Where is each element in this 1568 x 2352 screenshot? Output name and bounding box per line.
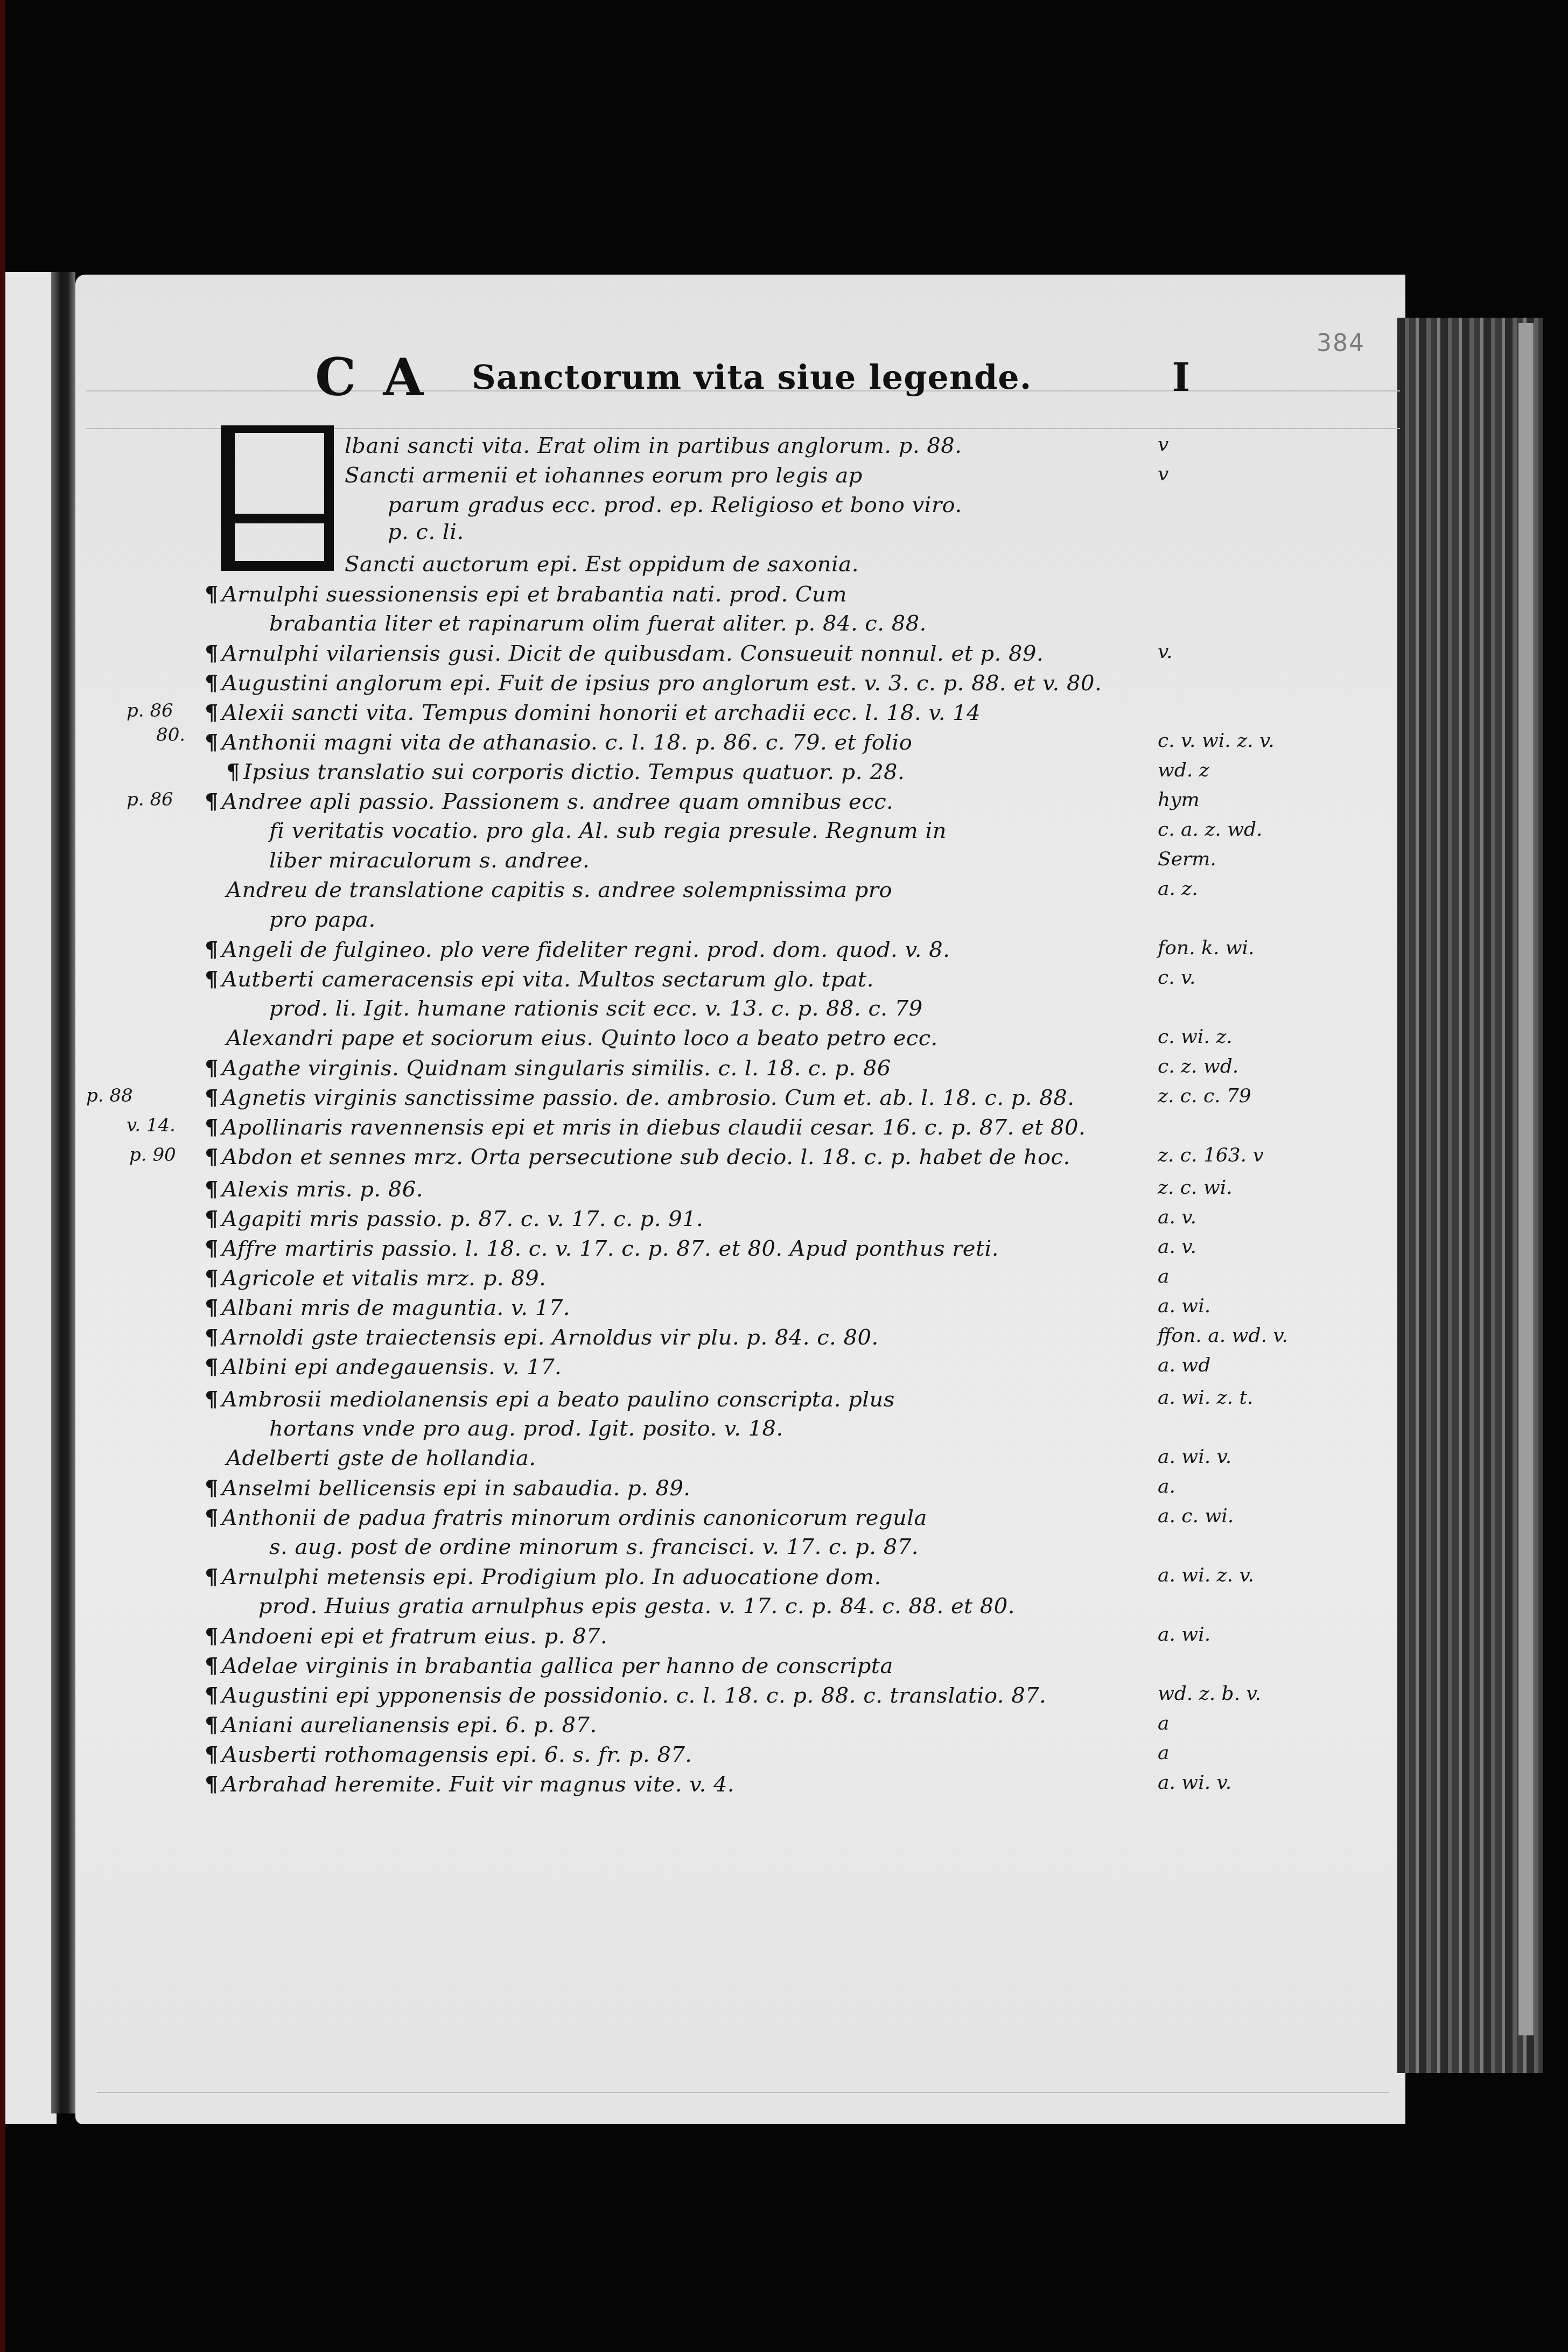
page-heading: C A Sanctorum vita siue legende. I (315, 345, 1190, 409)
index-entry: brabantia liter et rapinarum olim fuerat… (269, 611, 927, 636)
entry-text: Apollinaris ravennensis epi et mris in d… (222, 1115, 1086, 1140)
index-entry: ¶Augustini anglorum epi. Fuit de ipsius … (205, 670, 1102, 696)
ruling-line (97, 2092, 1389, 2093)
entry-text: Autberti cameracensis epi vita. Multos s… (222, 967, 874, 992)
index-entry: ¶Angeli de fulgineo. plo vere fideliter … (205, 937, 950, 962)
index-entry: ¶Albani mris de maguntia. v. 17. (205, 1295, 570, 1320)
pilcrow-icon: ¶ (205, 1772, 219, 1797)
initial-crossbar (235, 514, 324, 523)
index-entry: ¶Adelae virginis in brabantia gallica pe… (205, 1653, 893, 1678)
index-entry: ¶Andree apli passio. Passionem s. andree… (205, 789, 893, 814)
entry-text: p. c. li. (388, 520, 464, 544)
right-margin-note: v (1158, 433, 1168, 456)
entry-text: Agathe virginis. Quidnam singularis simi… (222, 1056, 891, 1081)
right-margin-note: fon. k. wi. (1158, 937, 1255, 959)
right-margin-note: a. wd (1158, 1354, 1210, 1376)
index-entry: lbani sancti vita. Erat olim in partibus… (345, 433, 962, 458)
right-margin-note: a. c. wi. (1158, 1505, 1234, 1527)
pilcrow-icon: ¶ (205, 1712, 219, 1738)
entry-text: parum gradus ecc. prod. ep. Religioso et… (388, 493, 962, 517)
decorated-initial (221, 425, 334, 571)
index-entry: ¶Anthonii magni vita de athanasio. c. l.… (205, 730, 912, 755)
index-entry: Adelberti gste de hollandia. (226, 1446, 536, 1471)
entry-text: Arnoldi gste traiectensis epi. Arnoldus … (222, 1325, 879, 1350)
pilcrow-icon: ¶ (205, 1055, 219, 1081)
index-entry: ¶Anthonii de padua fratris minorum ordin… (205, 1505, 927, 1530)
right-margin-note: a (1158, 1265, 1169, 1287)
right-margin-note: a. wi. (1158, 1295, 1210, 1317)
index-entry: ¶Alexis mris. p. 86. (205, 1177, 423, 1202)
right-margin-note: a. v. (1158, 1236, 1196, 1258)
pilcrow-icon: ¶ (205, 1295, 219, 1320)
entry-text: Ausberti rothomagensis epi. 6. s. fr. p.… (222, 1742, 692, 1767)
index-entry: ¶Abdon et sennes mrz. Orta persecutione … (205, 1144, 1070, 1170)
pilcrow-icon: ¶ (205, 1236, 219, 1261)
entry-text: Andreu de translatione capitis s. andree… (226, 878, 892, 902)
index-entry: ¶Arnulphi vilariensis gusi. Dicit de qui… (205, 641, 1044, 666)
index-entry: liber miraculorum s. andree. (269, 848, 590, 873)
index-entry: ¶Aniani aurelianensis epi. 6. p. 87. (205, 1712, 597, 1738)
pilcrow-icon: ¶ (205, 1354, 219, 1380)
pilcrow-icon: ¶ (205, 1144, 219, 1170)
binding-gutter (51, 272, 75, 2113)
entry-text: Anthonii magni vita de athanasio. c. l. … (222, 730, 913, 755)
entry-text: Alexis mris. p. 86. (222, 1177, 423, 1202)
index-entry: ¶Agnetis virginis sanctissime passio. de… (205, 1085, 1074, 1110)
entry-text: prod. li. Igit. humane rationis scit ecc… (269, 996, 923, 1021)
index-entry: ¶Agathe virginis. Quidnam singularis sim… (205, 1055, 891, 1081)
pilcrow-icon: ¶ (205, 1742, 219, 1767)
entry-text: Agricole et vitalis mrz. p. 89. (222, 1266, 546, 1291)
pilcrow-icon: ¶ (205, 700, 219, 725)
right-margin-note: hym (1158, 789, 1200, 811)
entry-text: s. aug. post de ordine minorum s. franci… (269, 1535, 919, 1559)
facing-page-edge (5, 272, 57, 2124)
entry-text: Adelae virginis in brabantia gallica per… (222, 1654, 893, 1678)
index-entry: prod. li. Igit. humane rationis scit ecc… (269, 996, 923, 1021)
right-margin-note: ffon. a. wd. v. (1158, 1325, 1288, 1347)
index-entry: ¶Arnoldi gste traiectensis epi. Arnoldus… (205, 1325, 879, 1350)
entry-text: Augustini epi ypponensis de possidonio. … (222, 1683, 1046, 1708)
entry-text: Arbrahad heremite. Fuit vir magnus vite.… (222, 1772, 734, 1797)
right-margin-note: c. z. wd. (1158, 1055, 1238, 1077)
right-margin-note: c. wi. z. (1158, 1026, 1233, 1048)
right-margin-note: c. v. (1158, 967, 1196, 989)
entry-text: Ipsius translatio sui corporis dictio. T… (243, 760, 905, 785)
pilcrow-icon: ¶ (205, 1085, 219, 1110)
pilcrow-icon: ¶ (205, 967, 219, 992)
entry-text: Augustini anglorum epi. Fuit de ipsius p… (222, 671, 1102, 696)
right-margin-note: a. (1158, 1475, 1175, 1497)
right-margin-note: wd. z. b. v. (1158, 1683, 1261, 1705)
right-margin-note: a. v. (1158, 1206, 1196, 1228)
entry-text: liber miraculorum s. andree. (269, 848, 590, 873)
left-margin-note: p. 88 (86, 1085, 133, 1107)
left-margin-note: v. 14. (127, 1115, 176, 1136)
index-entry: Andreu de translatione capitis s. andree… (226, 878, 892, 902)
index-entry: ¶Anselmi bellicensis epi in sabaudia. p.… (205, 1475, 691, 1501)
index-entry: ¶Apollinaris ravennensis epi et mris in … (205, 1115, 1086, 1140)
index-entry: ¶Albini epi andegauensis. v. 17. (205, 1354, 562, 1380)
right-margin-note: a. wi. v. (1158, 1446, 1231, 1468)
index-entry: ¶Arnulphi suessionensis epi et brabantia… (205, 582, 847, 607)
right-margin-note: a (1158, 1742, 1169, 1764)
index-entry: Sancti armenii et iohannes eorum pro leg… (345, 463, 863, 488)
pilcrow-icon: ¶ (205, 1505, 219, 1530)
book-edge (0, 0, 5, 2352)
index-entry: ¶Alexii sancti vita. Tempus domini honor… (205, 700, 981, 725)
entry-text: brabantia liter et rapinarum olim fuerat… (269, 611, 927, 636)
entry-text: Albini epi andegauensis. v. 17. (222, 1355, 562, 1380)
pilcrow-icon: ¶ (205, 1653, 219, 1678)
entry-text: Arnulphi metensis epi. Prodigium plo. In… (222, 1565, 881, 1590)
right-margin-note: a. wi. (1158, 1623, 1210, 1646)
pilcrow-icon: ¶ (205, 582, 219, 607)
left-margin-note: p. 86 (127, 700, 173, 722)
pilcrow-icon: ¶ (205, 1206, 219, 1231)
section-letter: A (383, 347, 423, 408)
entry-text: hortans vnde pro aug. prod. Igit. posito… (269, 1416, 783, 1441)
index-entry: s. aug. post de ordine minorum s. franci… (269, 1535, 919, 1559)
index-entry: ¶Arbrahad heremite. Fuit vir magnus vite… (205, 1772, 734, 1797)
index-entry: Alexandri pape et sociorum eius. Quinto … (226, 1026, 938, 1051)
pilcrow-icon: ¶ (205, 1564, 219, 1590)
pilcrow-icon: ¶ (205, 1683, 219, 1708)
index-entry: pro papa. (269, 907, 376, 932)
entry-text: Ambrosii mediolanensis epi a beato pauli… (222, 1387, 895, 1412)
entry-text: Adelberti gste de hollandia. (226, 1446, 536, 1471)
left-margin-note: p. 86 (127, 789, 173, 810)
right-margin-note: c. a. z. wd. (1158, 818, 1263, 841)
pilcrow-icon: ¶ (205, 1115, 219, 1140)
entry-text: Andree apli passio. Passionem s. andree … (222, 789, 893, 814)
paraph-mark: C (315, 347, 356, 408)
entry-text: Agapiti mris passio. p. 87. c. v. 17. c.… (222, 1207, 703, 1231)
entry-text: Aniani aurelianensis epi. 6. p. 87. (222, 1713, 597, 1738)
entry-text: Sancti auctorum epi. Est oppidum de saxo… (345, 552, 859, 577)
pilcrow-icon: ¶ (205, 1325, 219, 1350)
entry-text: Sancti armenii et iohannes eorum pro leg… (345, 463, 863, 488)
pilcrow-icon: ¶ (205, 937, 219, 962)
entry-text: Agnetis virginis sanctissime passio. de.… (222, 1086, 1074, 1110)
entry-text: Anthonii de padua fratris minorum ordini… (222, 1506, 927, 1530)
entry-text: Alexandri pape et sociorum eius. Quinto … (226, 1026, 938, 1051)
entry-text: pro papa. (269, 907, 376, 932)
right-margin-note: a. z. (1158, 878, 1198, 900)
right-margin-note: c. v. wi. z. v. (1158, 730, 1275, 752)
right-margin-note: Serm. (1158, 848, 1216, 870)
index-entry: ¶Autberti cameracensis epi vita. Multos … (205, 967, 874, 992)
index-entry: ¶Arnulphi metensis epi. Prodigium plo. I… (205, 1564, 881, 1590)
entry-text: Arnulphi suessionensis epi et brabantia … (222, 582, 847, 607)
index-entry: ¶Affre martiris passio. l. 18. c. v. 17.… (205, 1236, 999, 1261)
entry-text: lbani sancti vita. Erat olim in partibus… (345, 433, 962, 458)
right-margin-note: wd. z (1158, 759, 1209, 781)
pilcrow-icon: ¶ (205, 670, 219, 696)
pilcrow-icon: ¶ (205, 789, 219, 814)
index-entry: ¶Ipsius translatio sui corporis dictio. … (226, 759, 905, 785)
index-entry: ¶Agapiti mris passio. p. 87. c. v. 17. c… (205, 1206, 703, 1231)
pilcrow-icon: ¶ (205, 1475, 219, 1501)
entry-text: fi veritatis vocatio. pro gla. Al. sub r… (269, 818, 947, 843)
entry-text: Andoeni epi et fratrum eius. p. 87. (222, 1624, 607, 1649)
right-margin-note: z. c. c. 79 (1158, 1085, 1251, 1107)
index-entry: ¶Ambrosii mediolanensis epi a beato paul… (205, 1387, 895, 1412)
entry-text: Albani mris de maguntia. v. 17. (222, 1296, 570, 1320)
entry-text: Anselmi bellicensis epi in sabaudia. p. … (222, 1476, 691, 1501)
pilcrow-icon: ¶ (205, 1177, 219, 1202)
right-margin-note: a (1158, 1712, 1169, 1734)
index-entry: ¶Augustini epi ypponensis de possidonio.… (205, 1683, 1046, 1708)
index-entry: p. c. li. (388, 520, 464, 544)
pilcrow-icon: ¶ (205, 1623, 219, 1649)
right-margin-note: a. wi. v. (1158, 1772, 1231, 1794)
index-entry: ¶Andoeni epi et fratrum eius. p. 87. (205, 1623, 607, 1649)
folio-number: 384 (1317, 330, 1365, 357)
left-margin-note: p. 90 (129, 1144, 176, 1166)
right-margin-note: v. (1158, 641, 1173, 663)
entry-text: Alexii sancti vita. Tempus domini honori… (222, 701, 981, 725)
left-margin-note: 80. (156, 724, 185, 746)
entry-text: Angeli de fulgineo. plo vere fideliter r… (222, 937, 950, 962)
pilcrow-icon: ¶ (205, 730, 219, 755)
right-margin-note: z. c. 163. v (1158, 1144, 1264, 1166)
right-margin-note: v (1158, 463, 1168, 485)
right-margin-note: a. wi. z. v. (1158, 1564, 1254, 1586)
entry-text: Arnulphi vilariensis gusi. Dicit de quib… (222, 641, 1044, 666)
index-entry: Sancti auctorum epi. Est oppidum de saxo… (345, 552, 859, 577)
index-entry: ¶Ausberti rothomagensis epi. 6. s. fr. p… (205, 1742, 692, 1767)
page-title: Sanctorum vita siue legende. (472, 358, 1032, 397)
pilcrow-icon: ¶ (205, 1265, 219, 1291)
right-margin-note: z. c. wi. (1158, 1177, 1233, 1199)
column-mark: I (1172, 354, 1190, 400)
index-entry: hortans vnde pro aug. prod. Igit. posito… (269, 1416, 783, 1441)
index-entry: parum gradus ecc. prod. ep. Religioso et… (388, 493, 962, 517)
pilcrow-icon: ¶ (226, 759, 240, 785)
index-entry: fi veritatis vocatio. pro gla. Al. sub r… (269, 818, 947, 843)
entry-text: prod. Huius gratia arnulphus epis gesta.… (258, 1594, 1015, 1619)
entry-text: Affre martiris passio. l. 18. c. v. 17. … (222, 1236, 999, 1261)
index-entry: ¶Agricole et vitalis mrz. p. 89. (205, 1265, 546, 1291)
index-entry: prod. Huius gratia arnulphus epis gesta.… (258, 1594, 1015, 1619)
right-margin-note: a. wi. z. t. (1158, 1387, 1253, 1409)
pilcrow-icon: ¶ (205, 1387, 219, 1412)
pilcrow-icon: ¶ (205, 641, 219, 666)
page-fore-edge-highlight (1518, 323, 1534, 2035)
entry-text: Abdon et sennes mrz. Orta persecutione s… (222, 1145, 1070, 1170)
